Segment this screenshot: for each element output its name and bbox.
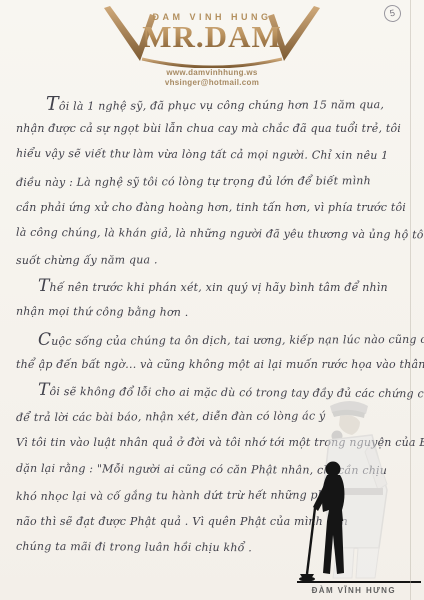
letter-line: Thế nên trước khi phán xét, xin quý vị h… <box>16 273 412 299</box>
letter-line: điều này : Là nghệ sỹ tôi có lòng tự trọ… <box>16 168 412 196</box>
artist-name-caption: ĐÀM VĨNH HƯNG <box>312 586 396 595</box>
letter-line: Tôi là 1 nghệ sỹ, đã phục vụ công chúng … <box>16 89 412 117</box>
letter-line: là công chúng, là khán giả, là những ngư… <box>16 220 412 249</box>
scanned-letter-page: 5 DAM VINH HUNG MR.DAM www.damvinhhung.w… <box>0 0 424 600</box>
email-text: vhsinger@hotmail.com <box>0 78 424 88</box>
singer-silhouette-icon <box>298 460 368 582</box>
letter-line: hiểu vậy sẽ viết thư làm vừa lòng tất cả… <box>16 141 412 170</box>
contact-block: www.damvinhhung.ws vhsinger@hotmail.com <box>0 68 424 88</box>
letterhead: DAM VINH HUNG MR.DAM www.damvinhhung.ws … <box>0 2 424 88</box>
letter-line: cần phải ứng xử cho đàng hoàng hơn, tinh… <box>16 195 412 221</box>
logo: DAM VINH HUNG MR.DAM <box>96 4 328 68</box>
logo-text: MR.DAM <box>96 19 328 55</box>
website-text: www.damvinhhung.ws <box>0 68 424 78</box>
floor-line <box>297 581 421 583</box>
letter-line: nhận mọi thứ công bằng hơn . <box>16 298 412 327</box>
letter-line: nhận được cả sự ngọt bùi lẫn chua cay mà… <box>16 116 412 142</box>
letter-line: thể ập đến bất ngờ... và cũng không một … <box>16 352 412 378</box>
letter-line: suốt chừng ấy năm qua . <box>16 246 412 274</box>
letter-line: Cuộc sống của chúng ta ôn dịch, tai ương… <box>16 325 412 353</box>
